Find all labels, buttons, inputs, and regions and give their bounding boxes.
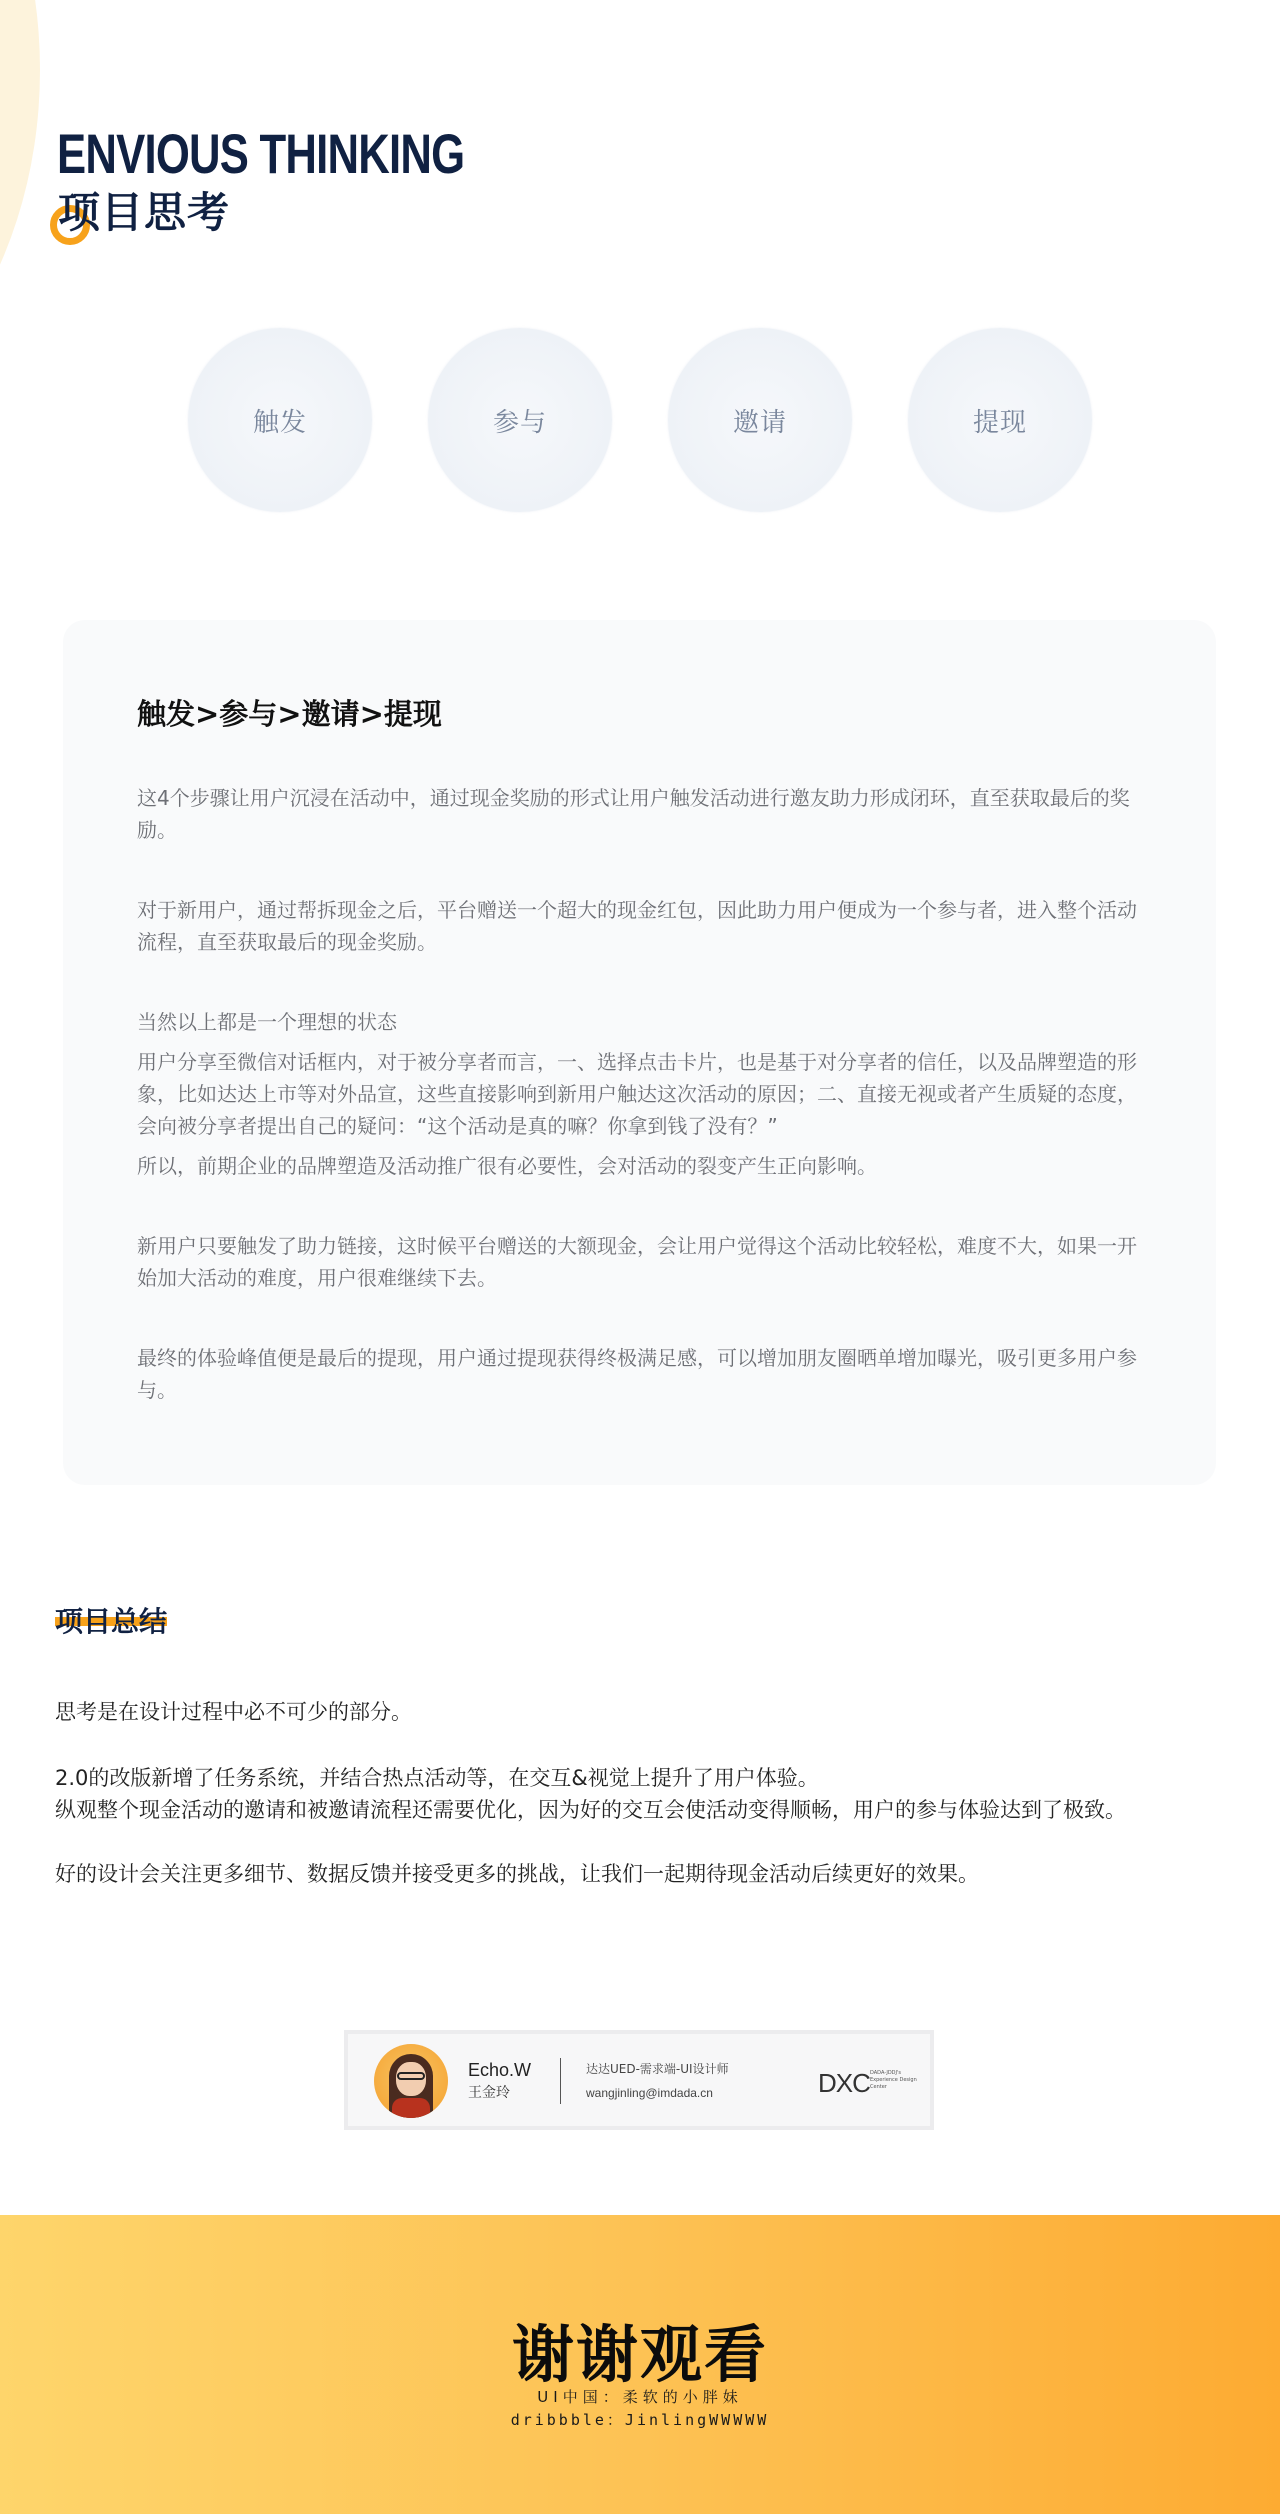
hero-title-en: ENVIOUS THINKING (57, 124, 464, 184)
author-name-cn: 王金玲 (468, 2082, 510, 2102)
author-email: wangjinling@imdada.cn (586, 2086, 713, 2100)
dxc-logo-icon: DXC (818, 2068, 870, 2099)
step-withdraw: 提现 (908, 328, 1092, 512)
dribbble-credit: dribbble：JinlingWWWWW (0, 2409, 1280, 2430)
summary-line: 思考是在设计过程中必不可少的部分。 (55, 1696, 412, 1728)
step-trigger: 触发 (188, 328, 372, 512)
card-paragraph: 新用户只要触发了助力链接，这时候平台赠送的大额现金，会让用户觉得这个活动比较轻松… (137, 1230, 1147, 1294)
logo-subtitle: DADA-JDDJ's Experience Design Center (870, 2070, 930, 2091)
card-paragraph: 这4个步骤让用户沉浸在活动中，通过现金奖励的形式让用户触发活动进行邀友助力形成闭… (137, 782, 1147, 846)
step-participate: 参与 (428, 328, 612, 512)
step-label: 参与 (493, 402, 547, 439)
card-paragraph: 用户分享至微信对话框内，对于被分享者而言，一、选择点击卡片，也是基于对分享者的信… (137, 1046, 1147, 1142)
author-name-en: Echo.W (468, 2060, 531, 2081)
summary-heading-text: 项目总结 (55, 1605, 167, 1638)
step-label: 提现 (973, 402, 1027, 439)
author-role: 达达UED-需求端-UI设计师 (586, 2060, 729, 2077)
decorative-arc (0, 0, 40, 460)
summary-line: 纵观整个现金活动的邀请和被邀请流程还需要优化，因为好的交互会使活动变得顺畅，用户… (55, 1794, 1126, 1826)
summary-heading: 项目总结 (55, 1600, 167, 1640)
summary-line: 2.0的改版新增了任务系统，并结合热点活动等，在交互&视觉上提升了用户体验。 (55, 1762, 819, 1794)
card-paragraph: 所以，前期企业的品牌塑造及活动推广很有必要性，会对活动的裂变产生正向影响。 (137, 1150, 1147, 1182)
summary-line: 好的设计会关注更多细节、数据反馈并接受更多的挑战，让我们一起期待现金活动后续更好… (55, 1858, 979, 1890)
card-paragraph: 最终的体验峰值便是最后的提现，用户通过提现获得终极满足感，可以增加朋友圈晒单增加… (137, 1342, 1147, 1406)
step-circles: 触发 参与 邀请 提现 (188, 328, 1092, 512)
card-paragraph: 对于新用户，通过帮拆现金之后，平台赠送一个超大的现金红包，因此助力用户便成为一个… (137, 894, 1147, 958)
author-profile-card: Echo.W 王金玲 达达UED-需求端-UI设计师 wangjinling@i… (344, 2030, 934, 2130)
step-label: 触发 (253, 402, 307, 439)
card-title: 触发>参与>邀请>提现 (137, 692, 442, 733)
step-label: 邀请 (733, 402, 787, 439)
card-paragraph: 当然以上都是一个理想的状态 (137, 1006, 1147, 1038)
uichina-credit: UI中国：柔软的小胖妹 (0, 2386, 1280, 2407)
avatar (374, 2044, 448, 2118)
step-invite: 邀请 (668, 328, 852, 512)
thank-you-title: 谢谢观看 (0, 2305, 1280, 2394)
flow-description-card: 触发>参与>邀请>提现 这4个步骤让用户沉浸在活动中，通过现金奖励的形式让用户触… (63, 620, 1216, 1485)
footer-banner: 谢谢观看 UI中国：柔软的小胖妹 dribbble：JinlingWWWWW (0, 2215, 1280, 2514)
hero-title-cn: 项目思考 (58, 188, 230, 238)
divider (560, 2058, 561, 2104)
